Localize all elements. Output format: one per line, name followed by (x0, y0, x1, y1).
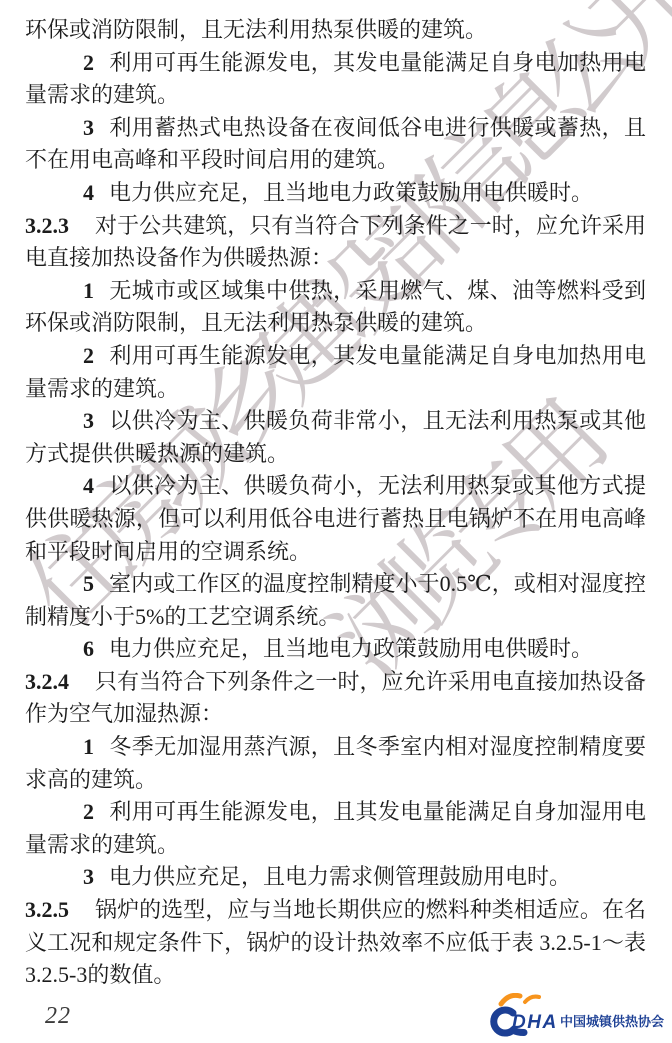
item-number: 1 (83, 734, 94, 759)
logo-wave-icon (525, 997, 539, 1002)
paragraph-text: 利用可再生能源发电，其发电量能满足自身电加热用电量需求的建筑。 (25, 343, 646, 401)
document-body: 环保或消防限制，且无法利用热泵供暖的建筑。 2利用可再生能源发电，其发电量能满足… (0, 0, 672, 992)
paragraph-text: 电力供应充足，且当地电力政策鼓励用电供暖时。 (109, 180, 593, 205)
item-number: 4 (83, 473, 94, 498)
page-footer: 22 DHA 中国城镇供热协会 (0, 992, 672, 1040)
item-number: 6 (83, 636, 94, 661)
item-number: 2 (83, 799, 94, 824)
paragraph-text: 利用可再生能源发电，其发电量能满足自身电加热用电量需求的建筑。 (25, 50, 646, 108)
document-page: 住房城乡建设部信息公开 浏览专用 环保或消防限制，且无法利用热泵供暖的建筑。 2… (0, 0, 672, 1043)
publisher-logo: DHA 中国城镇供热协会 (486, 993, 664, 1039)
clause-number: 3.2.4 (25, 669, 69, 694)
paragraph-text: 电力供应充足，且电力需求侧管理鼓励用电时。 (109, 864, 571, 889)
doc-paragraph: 2利用可再生能源发电，其发电量能满足自身电加热用电量需求的建筑。 (25, 47, 646, 112)
item-number: 5 (83, 571, 94, 596)
item-number: 3 (83, 408, 94, 433)
paragraph-text: 利用蓄热式电热设备在夜间低谷电进行供暖或蓄热，且不在用电高峰和平段时间启用的建筑… (25, 115, 646, 173)
doc-paragraph-clause-323: 3.2.3对于公共建筑，只有当符合下列条件之一时，应允许采用电直接加热设备作为供… (25, 210, 646, 275)
paragraph-text: 对于公共建筑，只有当符合下列条件之一时，应允许采用电直接加热设备作为供暖热源： (25, 213, 646, 271)
logo-wave-icon (501, 995, 520, 1004)
clause-number: 3.2.5 (25, 897, 69, 922)
doc-paragraph: 2利用可再生能源发电，且其发电量能满足自身加湿用电量需求的建筑。 (25, 796, 646, 861)
doc-paragraph: 1无城市或区域集中供热，采用燃气、煤、油等燃料受到环保或消防限制，且无法利用热泵… (25, 275, 646, 340)
paragraph-text: 无城市或区域集中供热，采用燃气、煤、油等燃料受到环保或消防限制，且无法利用热泵供… (25, 278, 646, 336)
doc-paragraph: 3利用蓄热式电热设备在夜间低谷电进行供暖或蓄热，且不在用电高峰和平段时间启用的建… (25, 112, 646, 177)
doc-paragraph: 5室内或工作区的温度控制精度小于0.5℃，或相对湿度控制精度小于5%的工艺空调系… (25, 568, 646, 633)
doc-paragraph: 3以供冷为主、供暖负荷非常小，且无法利用热泵或其他方式提供供暖热源的建筑。 (25, 405, 646, 470)
paragraph-text: 以供冷为主、供暖负荷小，无法利用热泵或其他方式提供供暖热源，但可以利用低谷电进行… (25, 473, 646, 563)
doc-paragraph: 4以供冷为主、供暖负荷小，无法利用热泵或其他方式提供供暖热源，但可以利用低谷电进… (25, 470, 646, 568)
paragraph-text: 以供冷为主、供暖负荷非常小，且无法利用热泵或其他方式提供供暖热源的建筑。 (25, 408, 646, 466)
doc-paragraph-clause-324: 3.2.4只有当符合下列条件之一时，应允许采用电直接加热设备作为空气加湿热源： (25, 666, 646, 731)
doc-paragraph: 2利用可再生能源发电，其发电量能满足自身电加热用电量需求的建筑。 (25, 340, 646, 405)
clause-number: 3.2.3 (25, 213, 69, 238)
paragraph-text: 环保或消防限制，且无法利用热泵供暖的建筑。 (25, 17, 487, 42)
item-number: 1 (83, 278, 94, 303)
doc-paragraph: 4电力供应充足，且当地电力政策鼓励用电供暖时。 (25, 177, 646, 210)
item-number: 4 (83, 180, 94, 205)
paragraph-text: 电力供应充足，且当地电力政策鼓励用电供暖时。 (109, 636, 593, 661)
doc-paragraph: 环保或消防限制，且无法利用热泵供暖的建筑。 (25, 14, 646, 47)
doc-paragraph-clause-325: 3.2.5锅炉的选型，应与当地长期供应的燃料种类相适应。在名义工况和规定条件下，… (25, 894, 646, 992)
paragraph-text: 利用可再生能源发电，且其发电量能满足自身加湿用电量需求的建筑。 (25, 799, 646, 857)
item-number: 3 (83, 115, 94, 140)
paragraph-text: 锅炉的选型，应与当地长期供应的燃料种类相适应。在名义工况和规定条件下，锅炉的设计… (25, 897, 646, 987)
page-number: 22 (45, 1003, 71, 1030)
doc-paragraph: 1冬季无加湿用蒸汽源，且冬季室内相对湿度控制精度要求高的建筑。 (25, 731, 646, 796)
doc-paragraph: 3电力供应充足，且电力需求侧管理鼓励用电时。 (25, 861, 646, 894)
item-number: 2 (83, 343, 94, 368)
paragraph-text: 室内或工作区的温度控制精度小于0.5℃，或相对湿度控制精度小于5%的工艺空调系统… (25, 571, 646, 629)
item-number: 2 (83, 50, 94, 75)
doc-paragraph: 6电力供应充足，且当地电力政策鼓励用电供暖时。 (25, 633, 646, 666)
paragraph-text: 只有当符合下列条件之一时，应允许采用电直接加热设备作为空气加湿热源： (25, 669, 646, 727)
paragraph-text: 冬季无加湿用蒸汽源，且冬季室内相对湿度控制精度要求高的建筑。 (25, 734, 646, 792)
item-number: 3 (83, 864, 94, 889)
logo-abbr: DHA (512, 1012, 558, 1033)
logo-name: 中国城镇供热协会 (560, 1014, 664, 1029)
